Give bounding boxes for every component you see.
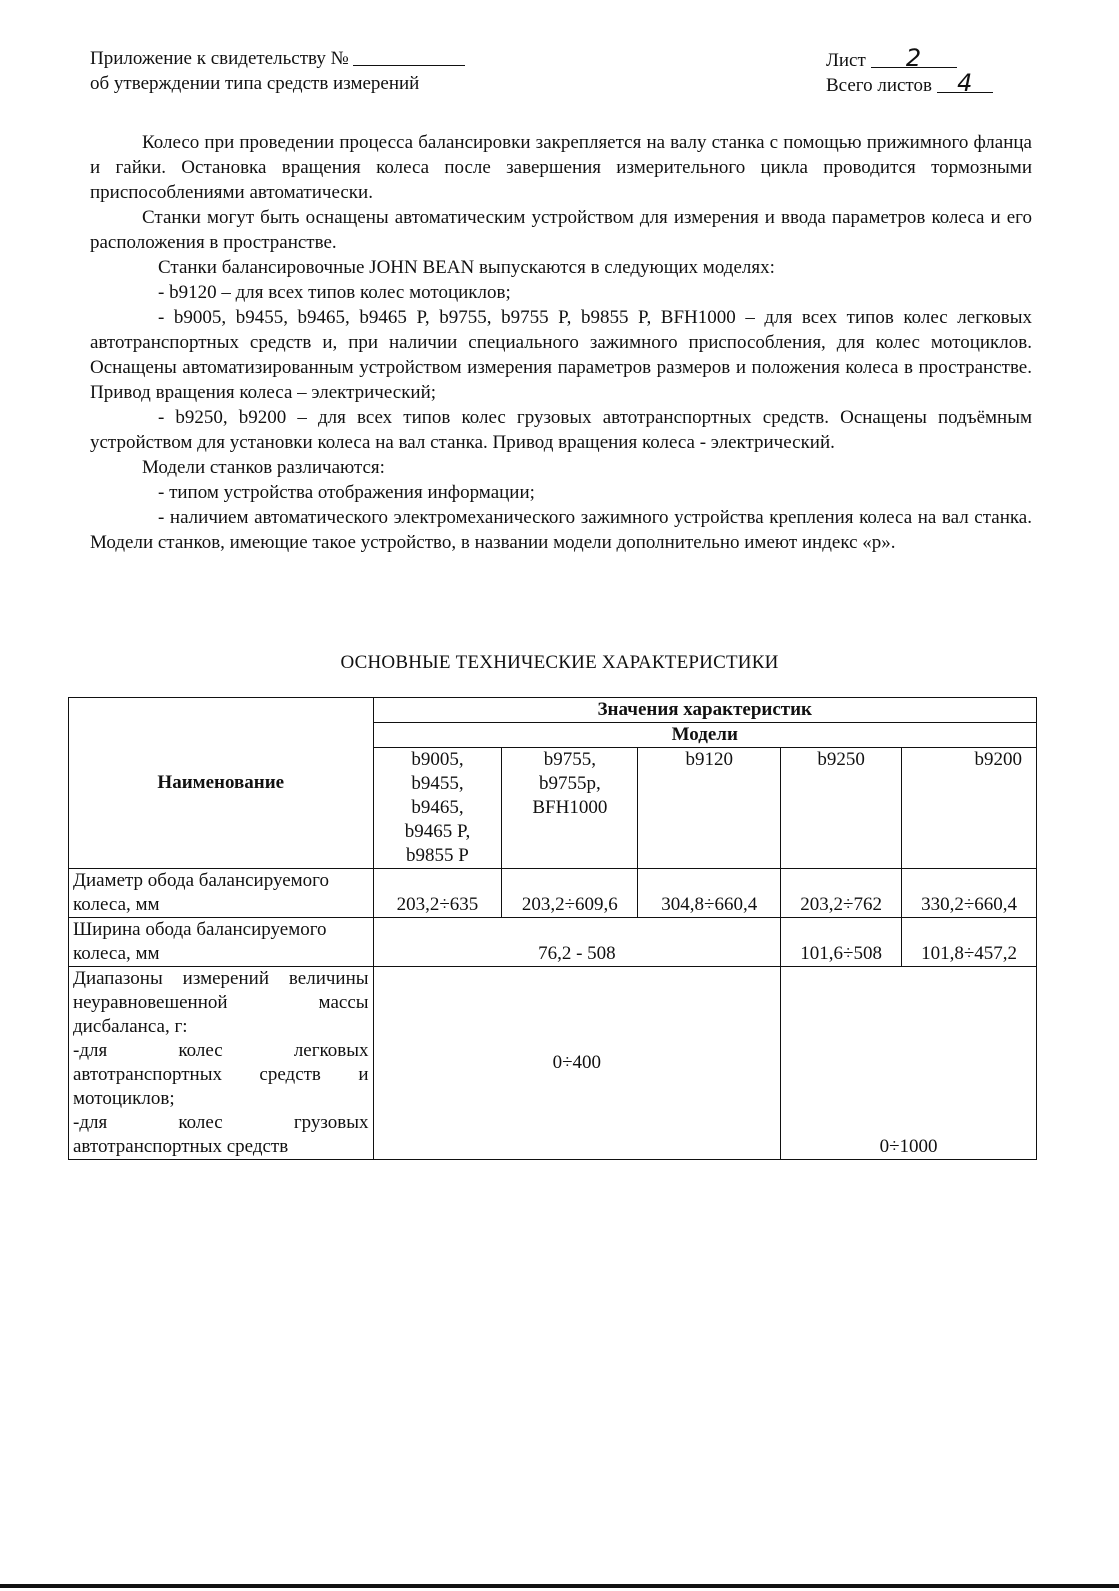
list-item-clamping-device: - наличием автоматического электромехани… [90,505,1032,555]
header-certificate-line: Приложение к свидетельству № [90,46,465,71]
diameter-value-2: 203,2÷609,6 [502,869,638,918]
section-title: ОСНОВНЫЕ ТЕХНИЧЕСКИЕ ХАРАКТЕРИСТИКИ [0,652,1119,674]
list-item-truck-models: - b9250, b9200 – для всех типов колес гр… [90,405,1032,455]
description-body: Колесо при проведении процесса балансиро… [90,130,1032,555]
document-header-left: Приложение к свидетельству № об утвержде… [90,46,465,96]
imbalance-range-passenger: 0÷400 [373,967,781,1160]
model-group-1: b9005, b9455, b9465, b9465 P, b9855 P [373,748,502,869]
model-b9250: b9250 [781,748,902,869]
row-name-imbalance-range: Диапазоны измерений величины неуравновеш… [69,967,374,1160]
page-bottom-edge [0,1584,1119,1588]
model-b9200: b9200 [902,748,1037,869]
table-row: Диаметр обода балансируемого колеса, мм … [69,869,1037,918]
row-name-width: Ширина обода балансируемого колеса, мм [69,918,374,967]
list-item-display-type: - типом устройства отображения информаци… [90,480,1032,505]
table-row: Диапазоны измерений величины неуравновеш… [69,967,1037,1160]
imbalance-range-truck: 0÷1000 [781,967,1037,1160]
width-value-3: 101,8÷457,2 [902,918,1037,967]
list-item-passenger-models: - b9005, b9455, b9465, b9465 P, b9755, b… [90,305,1032,405]
width-value-1: 76,2 - 508 [373,918,781,967]
total-sheets-value: 4 [937,74,993,93]
width-value-2: 101,6÷508 [781,918,902,967]
values-header: Значения характеристик [373,698,1036,723]
models-header: Модели [373,723,1036,748]
diameter-value-3: 304,8÷660,4 [638,869,781,918]
table-row: Ширина обода балансируемого колеса, мм 7… [69,918,1037,967]
header-approval-line: об утверждении типа средств измерений [90,71,465,96]
model-b9120: b9120 [638,748,781,869]
paragraph-models-intro: Станки балансировочные JOHN BEAN выпуска… [90,255,1032,280]
diameter-value-5: 330,2÷660,4 [902,869,1037,918]
list-item-b9120: - b9120 – для всех типов колес мотоцикло… [90,280,1032,305]
diameter-value-1: 203,2÷635 [373,869,502,918]
total-sheets-line: Всего листов 4 [826,73,993,98]
sheet-number-value: 2 [871,49,957,68]
paragraph-fixing: Колесо при проведении процесса балансиро… [90,130,1032,205]
row-name-diameter: Диаметр обода балансируемого колеса, мм [69,869,374,918]
paragraph-automatic-device: Станки могут быть оснащены автоматически… [90,205,1032,255]
document-header-right: Лист 2 Всего листов 4 [826,48,993,98]
diameter-value-4: 203,2÷762 [781,869,902,918]
paragraph-differences-intro: Модели станков различаются: [90,455,1032,480]
specifications-table: Наименование Значения характеристик Моде… [68,697,1037,1160]
name-header: Наименование [69,698,374,869]
certificate-number-blank [353,47,465,66]
table-header-row: Наименование Значения характеристик [69,698,1037,723]
model-group-2: b9755, b9755p, BFH1000 [502,748,638,869]
